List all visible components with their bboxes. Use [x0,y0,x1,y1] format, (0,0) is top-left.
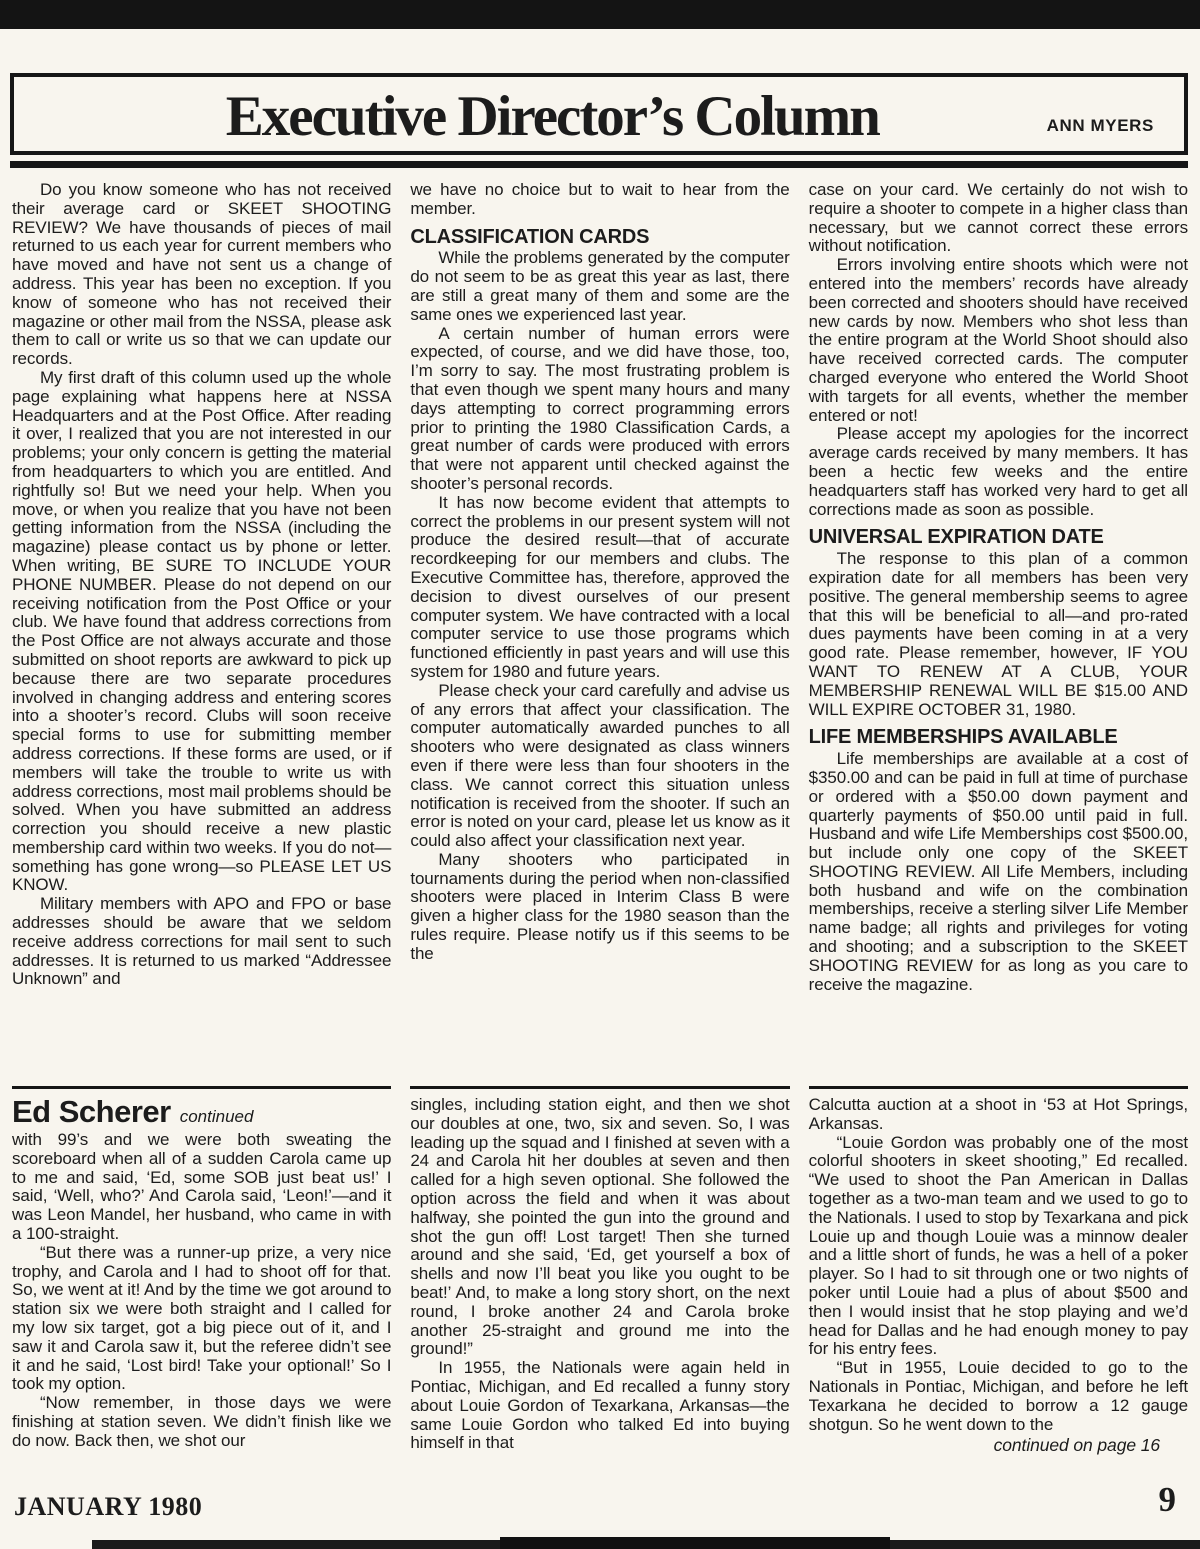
continued-on-page-note: continued on page 16 [809,1436,1188,1455]
paragraph: “But in 1955, Louie decided to go to the… [809,1359,1188,1434]
section-heading-universal-expiration-date: UNIVERSAL EXPIRATION DATE [809,528,1188,547]
ed-scherer-column-3: Calcutta auction at a shoot in ‘53 at Ho… [809,1086,1188,1498]
paragraph: The response to this plan of a common ex… [809,550,1188,719]
ed-scherer-title: Ed Scherer [12,1094,171,1129]
ed-scherer-column-2: singles, including station eight, and th… [410,1086,789,1498]
paragraph: Life memberships are available at a cost… [809,750,1188,994]
page-title: Executive Director’s Column [74,90,1031,144]
paragraph: Errors involving entire shoots which wer… [809,256,1188,425]
section-heading-classification-cards: CLASSIFICATION CARDS [410,228,789,247]
paragraph: Calcutta auction at a shoot in ‘53 at Ho… [809,1096,1188,1134]
paragraph: In 1955, the Nationals were again held i… [410,1359,789,1453]
paragraph: Many shooters who participated in tourna… [410,851,789,964]
paragraph: “Louie Gordon was probably one of the mo… [809,1134,1188,1360]
paragraph: we have no choice but to wait to hear fr… [410,181,789,219]
paragraph: A certain number of human errors were ex… [410,325,789,494]
masthead-rule [10,161,1188,168]
article-column-1: Do you know someone who has not received… [12,181,391,1083]
bottom-black-bar-segment [500,1537,890,1549]
top-black-bar [0,0,1200,29]
continued-label: continued [180,1107,254,1126]
paragraph: with 99’s and we were both sweating the … [12,1131,391,1244]
paragraph: “But there was a runner-up prize, a very… [12,1244,391,1394]
paragraph: It has now become evident that attempts … [410,494,789,682]
footer-issue-date: JANUARY 1980 [14,1492,202,1522]
section-heading-life-memberships: LIFE MEMBERSHIPS AVAILABLE [809,728,1188,747]
paragraph: case on your card. We certainly do not w… [809,181,1188,256]
paragraph: Military members with APO and FPO or bas… [12,895,391,989]
article-column-2: we have no choice but to wait to hear fr… [410,181,789,1083]
page-content: Do you know someone who has not received… [12,181,1188,1498]
paragraph: While the problems generated by the comp… [410,249,789,324]
paragraph: “Now remember, in those days we were fin… [12,1394,391,1450]
author-byline: ANN MYERS [1031,116,1158,144]
executive-column-article: Do you know someone who has not received… [12,181,1188,1083]
masthead-box: Executive Director’s Column ANN MYERS [10,73,1188,155]
footer-page-number: 9 [1159,1480,1177,1520]
ed-scherer-column-1: Ed Scherercontinued with 99’s and we wer… [12,1086,391,1498]
paragraph: Please check your card carefully and adv… [410,682,789,851]
article-column-3: case on your card. We certainly do not w… [809,181,1188,1083]
ed-scherer-heading: Ed Scherercontinued [12,1096,391,1127]
paragraph: My first draft of this column used up th… [12,369,391,895]
paragraph: singles, including station eight, and th… [410,1096,789,1359]
magazine-page: Executive Director’s Column ANN MYERS Do… [0,0,1200,1549]
ed-scherer-article: Ed Scherercontinued with 99’s and we wer… [12,1086,1188,1498]
paragraph: Please accept my apologies for the incor… [809,425,1188,519]
paragraph: Do you know someone who has not received… [12,181,391,369]
